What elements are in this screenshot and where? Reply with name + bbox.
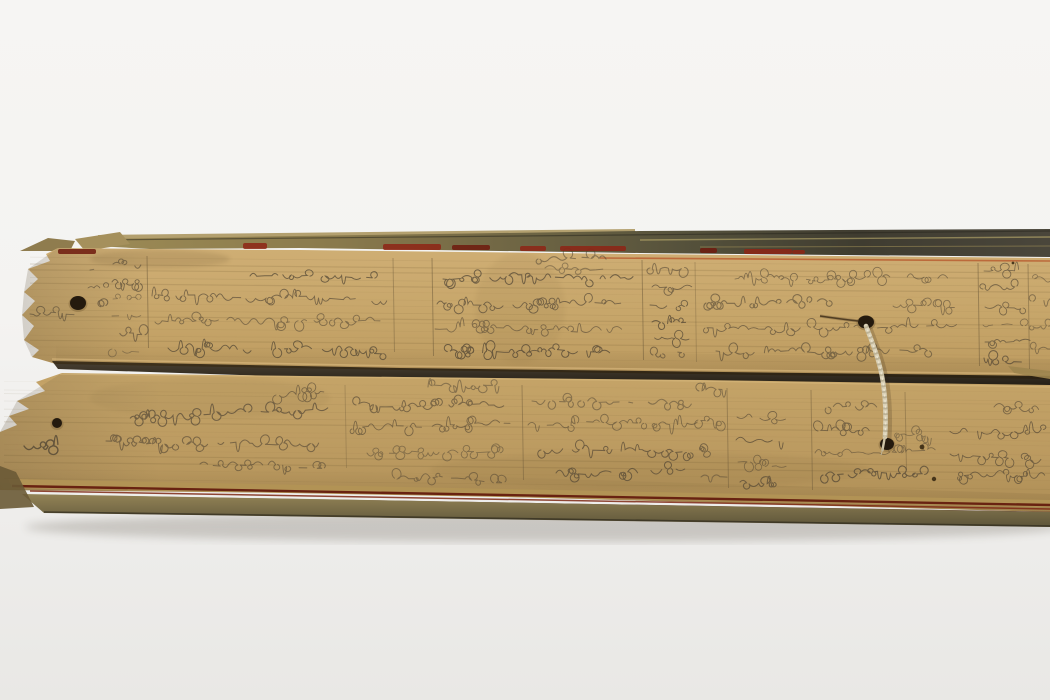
bottom-leaf-left-hole xyxy=(52,418,62,428)
wormhole xyxy=(1012,262,1015,265)
lacquer-patch xyxy=(243,243,267,249)
lacquer-patch xyxy=(58,249,96,254)
manuscript-stack xyxy=(0,229,1050,527)
lacquer-patch xyxy=(452,245,490,250)
lacquer-patch xyxy=(700,248,717,253)
top-leaf-left-hole xyxy=(70,296,86,310)
manuscript-photo xyxy=(0,0,1050,700)
lacquer-patch xyxy=(383,244,441,250)
lacquer-patch xyxy=(520,246,546,251)
lacquer-patch xyxy=(744,249,792,254)
chipped-leaf-tip xyxy=(75,232,130,251)
lacquer-patch xyxy=(792,250,805,254)
photo-backdrop xyxy=(0,0,1050,700)
lacquer-patch xyxy=(560,246,626,251)
wormhole xyxy=(932,477,936,481)
wormhole xyxy=(920,445,925,450)
